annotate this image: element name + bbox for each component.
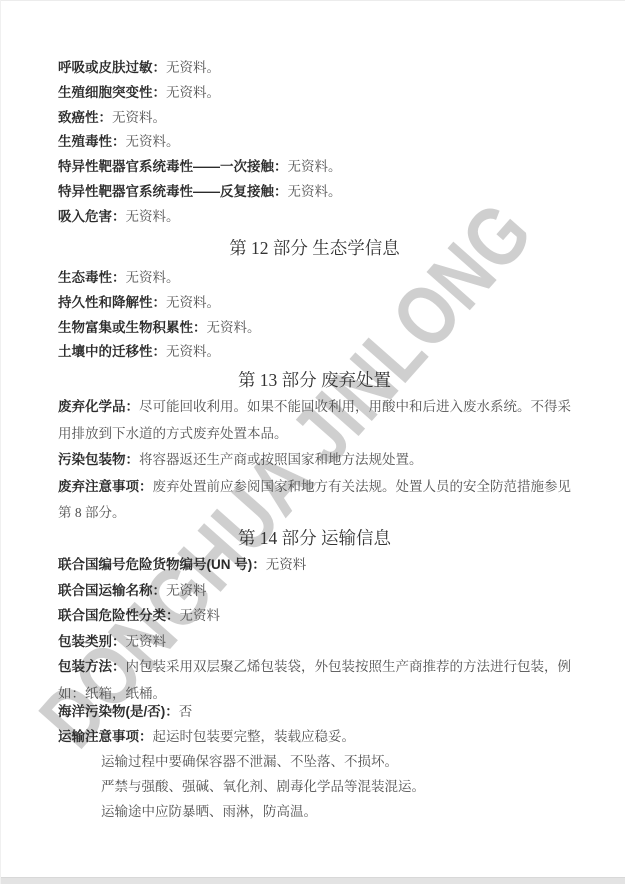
field-label: 联合国运输名称：	[58, 583, 166, 598]
field-label: 包装类别：	[58, 634, 126, 649]
transport-extra-note: 运输过程中要确保容器不泄漏、不坠落、不损坏。	[58, 749, 571, 774]
field-value: 无资料。	[112, 110, 166, 125]
field-label: 废弃化学品：	[58, 399, 139, 414]
ecology-row: 生物富集或生物积累性：无资料。	[58, 316, 571, 341]
field-value: 内包装采用双层聚乙烯包装袋，外包装按照生产商推荐的方法进行包装，例如：纸箱，纸桶…	[58, 659, 571, 701]
field-label: 生态毒性：	[58, 270, 126, 285]
transport-row: 联合国运输名称：无资料	[58, 578, 571, 604]
section-13-heading: 第 13 部分 废弃处置	[58, 366, 571, 394]
field-label: 生物富集或生物积累性：	[58, 320, 207, 335]
marine-pollutant-row: 海洋污染物(是/否)：否	[58, 699, 571, 724]
field-label: 土壤中的迁移性：	[58, 344, 166, 359]
transport-block: 联合国编号危险货物编号(UN 号)：无资料 联合国运输名称：无资料 联合国危险性…	[58, 552, 571, 707]
transport-row: 包装类别：无资料	[58, 629, 571, 655]
field-value: 无资料	[166, 583, 207, 598]
disposal-paragraph: 污染包装物：将容器返还生产商或按照国家和地方法规处置。	[58, 447, 571, 474]
field-value: 无资料	[180, 608, 221, 623]
field-value: 将容器返还生产商或按照国家和地方法规处置。	[139, 452, 423, 467]
field-value: 无资料。	[288, 184, 342, 199]
field-label: 生殖毒性：	[58, 134, 126, 149]
field-value: 无资料。	[288, 159, 342, 174]
field-label: 污染包装物：	[58, 452, 139, 467]
disposal-block: 废弃化学品：尽可能回收利用。如果不能回收利用，用酸中和后进入废水系统。不得采用排…	[58, 394, 571, 527]
field-label: 联合国危险性分类：	[58, 608, 180, 623]
field-label: 吸入危害：	[58, 209, 126, 224]
toxicology-row: 致癌性：无资料。	[58, 106, 571, 131]
transport-notes-block: 海洋污染物(是/否)：否 运输注意事项：起运时包装要完整，装载应稳妥。 运输过程…	[58, 699, 571, 824]
field-value: 无资料。	[166, 344, 220, 359]
field-value: 无资料。	[166, 85, 220, 100]
toxicology-row: 生殖细胞突变性：无资料。	[58, 81, 571, 106]
toxicology-row: 呼吸或皮肤过敏：无资料。	[58, 56, 571, 81]
note-text: 运输过程中要确保容器不泄漏、不坠落、不损坏。	[101, 754, 398, 769]
disposal-paragraph: 废弃注意事项：废弃处置前应参阅国家和地方有关法规。处置人员的安全防范措施参见第 …	[58, 474, 571, 527]
field-label: 包装方法：	[58, 659, 126, 674]
field-label: 持久性和降解性：	[58, 295, 166, 310]
field-label: 特异性靶器官系统毒性——反复接触：	[58, 184, 288, 199]
transport-extra-note: 运输途中应防暴晒、雨淋，防高温。	[58, 799, 571, 824]
field-label: 废弃注意事项：	[58, 479, 153, 494]
field-label: 致癌性：	[58, 110, 112, 125]
ecology-block: 生态毒性：无资料。 持久性和降解性：无资料。 生物富集或生物积累性：无资料。 土…	[58, 266, 571, 365]
transport-extra-note: 严禁与强酸、强碱、氧化剂、剧毒化学品等混装混运。	[58, 774, 571, 799]
field-label: 特异性靶器官系统毒性——一次接触：	[58, 159, 288, 174]
toxicology-row: 吸入危害：无资料。	[58, 205, 571, 230]
section-14-heading: 第 14 部分 运输信息	[58, 524, 571, 552]
field-label: 联合国编号危险货物编号(UN 号)：	[58, 557, 266, 572]
field-value: 无资料	[126, 634, 167, 649]
page-bottom-edge	[1, 877, 625, 884]
field-label: 运输注意事项：	[58, 729, 153, 744]
field-value: 无资料。	[126, 270, 180, 285]
toxicology-row: 特异性靶器官系统毒性——反复接触：无资料。	[58, 180, 571, 205]
note-text: 运输途中应防暴晒、雨淋，防高温。	[101, 804, 317, 819]
ecology-row: 土壤中的迁移性：无资料。	[58, 340, 571, 365]
field-value: 无资料。	[207, 320, 261, 335]
ecology-row: 生态毒性：无资料。	[58, 266, 571, 291]
field-value: 无资料。	[126, 134, 180, 149]
field-value: 无资料。	[126, 209, 180, 224]
sds-document-page: DONGHUA JINLONG 呼吸或皮肤过敏：无资料。 生殖细胞突变性：无资料…	[0, 0, 625, 884]
field-label: 生殖细胞突变性：	[58, 85, 166, 100]
section-12-heading: 第 12 部分 生态学信息	[58, 234, 571, 262]
field-label: 海洋污染物(是/否)：	[58, 704, 179, 719]
field-value: 无资料。	[166, 60, 220, 75]
field-value: 起运时包装要完整，装载应稳妥。	[153, 729, 356, 744]
toxicology-row: 特异性靶器官系统毒性——一次接触：无资料。	[58, 155, 571, 180]
ecology-row: 持久性和降解性：无资料。	[58, 291, 571, 316]
transport-row: 联合国危险性分类：无资料	[58, 603, 571, 629]
transport-row: 联合国编号危险货物编号(UN 号)：无资料	[58, 552, 571, 578]
disposal-paragraph: 废弃化学品：尽可能回收利用。如果不能回收利用，用酸中和后进入废水系统。不得采用排…	[58, 394, 571, 447]
field-value: 否	[179, 704, 193, 719]
page-top-edge	[1, 0, 625, 1]
field-label: 呼吸或皮肤过敏：	[58, 60, 166, 75]
field-value: 无资料	[266, 557, 307, 572]
toxicology-row: 生殖毒性：无资料。	[58, 130, 571, 155]
field-value: 无资料。	[166, 295, 220, 310]
transport-note-row: 运输注意事项：起运时包装要完整，装载应稳妥。	[58, 724, 571, 749]
note-text: 严禁与强酸、强碱、氧化剂、剧毒化学品等混装混运。	[101, 779, 425, 794]
toxicology-block: 呼吸或皮肤过敏：无资料。 生殖细胞突变性：无资料。 致癌性：无资料。 生殖毒性：…	[58, 56, 571, 230]
